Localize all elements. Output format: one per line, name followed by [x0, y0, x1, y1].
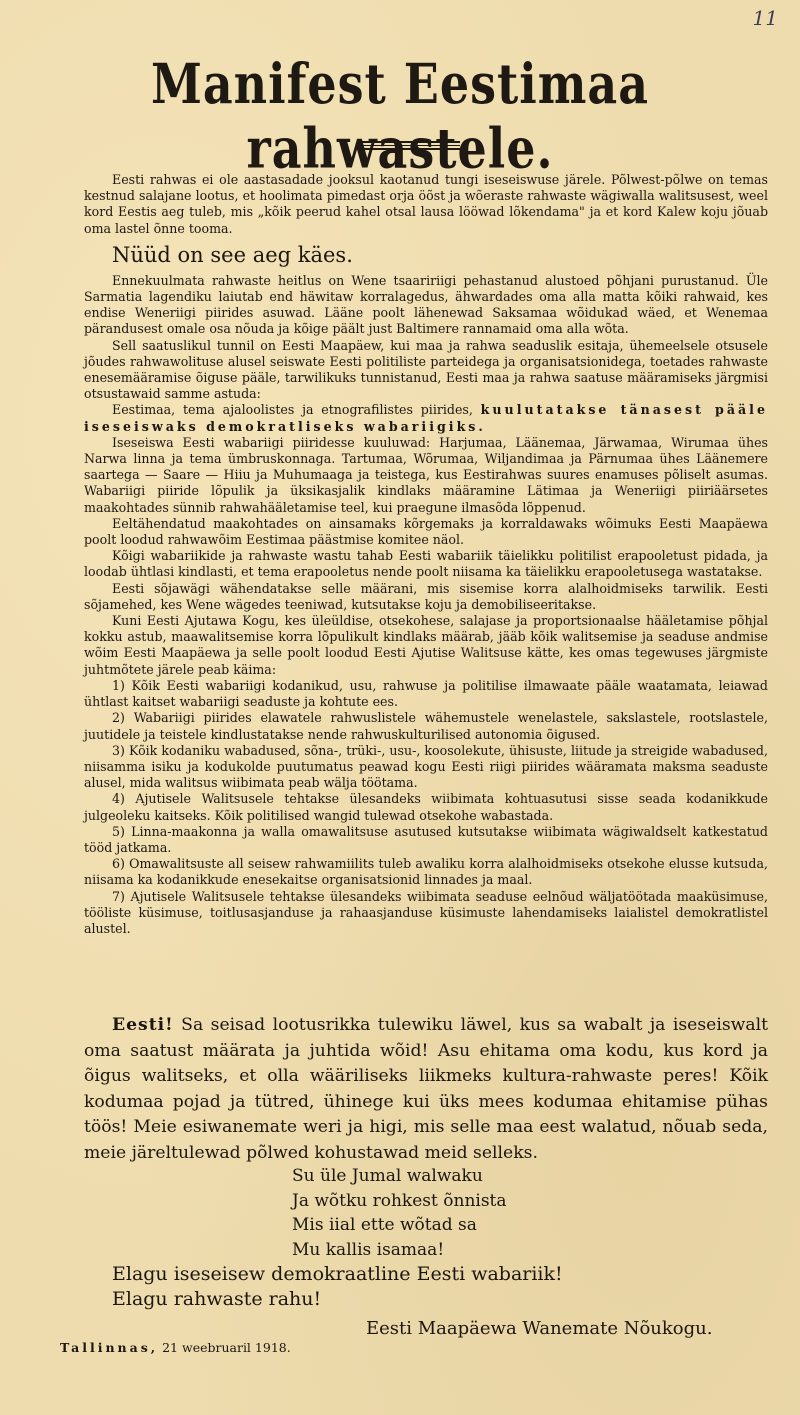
title-divider — [358, 141, 460, 150]
manifest-body: Eesti rahwas ei ole aastasadade jooksul … — [84, 172, 768, 937]
date-text: 21 weebruaril 1918. — [162, 1340, 291, 1355]
proclamation-text: Eestimaa, tema ajaloolistes ja etnografi… — [112, 402, 473, 417]
paragraph: Kõigi wabariikide ja rahwaste wastu taha… — [84, 548, 768, 580]
sub-heading: Nüüd on see aeg käes. — [112, 241, 768, 269]
list-item: 2) Wabariigi piirides elawatele rahwusli… — [84, 710, 768, 742]
paragraph: Iseseiswa Eesti wabariigi piiridesse kuu… — [84, 435, 768, 516]
slogan: Elagu iseseisew demokraatline Eesti waba… — [112, 1262, 563, 1287]
appeal-paragraph: Eesti! Sa seisad lootusrikka tulewiku lä… — [84, 1013, 768, 1167]
list-item: 1) Kõik Eesti wabariigi kodanikud, usu, … — [84, 678, 768, 710]
principles-list: 1) Kõik Eesti wabariigi kodanikud, usu, … — [84, 678, 768, 937]
place: Tallinnas, — [60, 1340, 158, 1355]
intro-paragraph: Eesti rahwas ei ole aastasadade jooksul … — [84, 172, 768, 237]
list-item: 6) Omawalitsuste all seisew rahwamiilits… — [84, 856, 768, 888]
paragraph: Sell saatuslikul tunnil on Eesti Maapäew… — [84, 338, 768, 403]
list-item: 4) Ajutisele Walitsusele tehtakse ülesan… — [84, 791, 768, 823]
paragraph: Ennekuulmata rahwaste heitlus on Wene ts… — [84, 273, 768, 338]
place-and-date: Tallinnas, 21 weebruaril 1918. — [60, 1340, 291, 1355]
appeal-section: Eesti! Sa seisad lootusrikka tulewiku lä… — [84, 1013, 768, 1167]
paragraph: Kuni Eesti Ajutawa Kogu, kes üleüldise, … — [84, 613, 768, 678]
paragraph: Eeltähendatud maakohtades on ainsamaks k… — [84, 516, 768, 548]
paragraph: Eesti sõjawägi wähendatakse selle määran… — [84, 581, 768, 613]
anthem-verse: Su üle Jumal walwaku Ja wõtku rohkest õn… — [292, 1164, 507, 1262]
list-item: 7) Ajutisele Walitsusele tehtakse ülesan… — [84, 889, 768, 938]
list-item: 3) Kõik kodaniku wabadused, sõna-, trüki… — [84, 743, 768, 792]
appeal-lead: Eesti! — [112, 1015, 174, 1035]
list-item: 5) Linna-maakonna ja walla omawalitsuse … — [84, 824, 768, 856]
slogans: Elagu iseseisew demokraatline Eesti waba… — [112, 1262, 563, 1312]
verse-line: Ja wõtku rohkest õnnista — [292, 1189, 507, 1214]
appeal-text: Sa seisad lootusrikka tulewiku läwel, ku… — [84, 1015, 768, 1163]
proclamation: Eestimaa, tema ajaloolistes ja etnografi… — [84, 402, 768, 434]
verse-line: Su üle Jumal walwaku — [292, 1164, 507, 1189]
document-title: Manifest Eestimaa rahwastele. — [0, 51, 800, 181]
page-number-annotation: 11 — [753, 6, 778, 30]
verse-line: Mu kallis isamaa! — [292, 1238, 507, 1263]
verse-line: Mis iial ette wõtad sa — [292, 1213, 507, 1238]
signature: Eesti Maapäewa Wanemate Nõukogu. — [366, 1318, 712, 1339]
slogan: Elagu rahwaste rahu! — [112, 1287, 563, 1312]
